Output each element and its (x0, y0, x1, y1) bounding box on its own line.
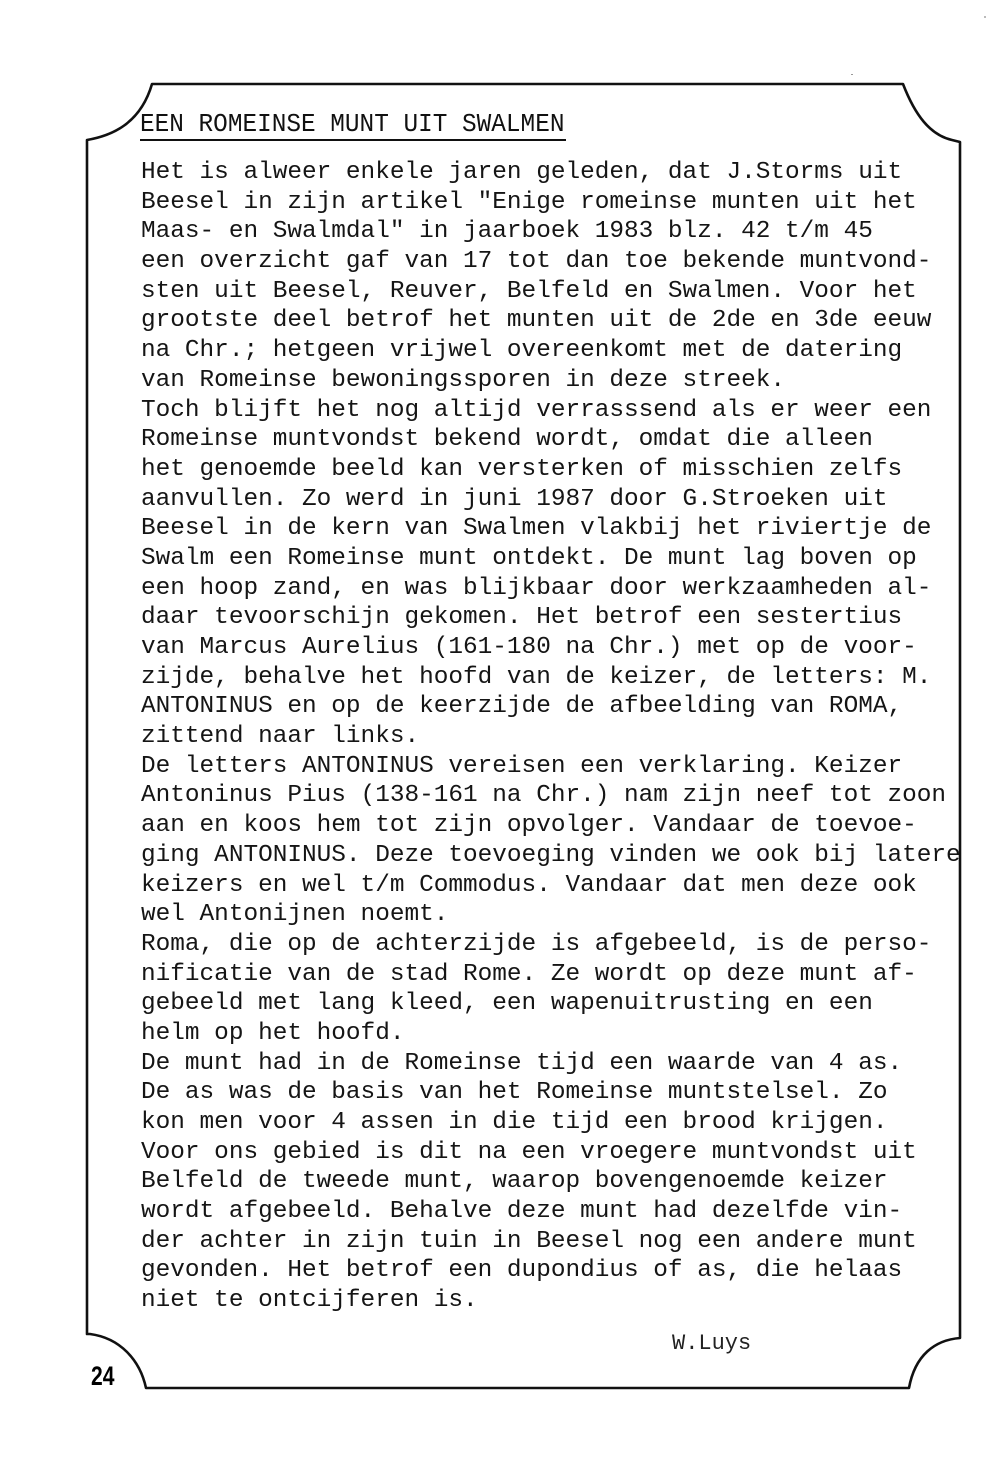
body-line: De as was de basis van het Romeinse munt… (141, 1078, 961, 1108)
body-line: Swalm een Romeinse munt ontdekt. De munt… (141, 544, 961, 574)
body-line: zijde, behalve het hoofd van de keizer, … (141, 663, 961, 693)
body-line: der achter in zijn tuin in Beesel nog ee… (141, 1227, 961, 1257)
body-line: wel Antonijnen noemt. (141, 900, 961, 930)
page-number: 24 (91, 1362, 114, 1390)
body-line: wordt afgebeeld. Behalve deze munt had d… (141, 1197, 961, 1227)
body-line: na Chr.; hetgeen vrijwel overeenkomt met… (141, 336, 961, 366)
body-line: Belfeld de tweede munt, waarop bovengeno… (141, 1167, 961, 1197)
scan-speck (851, 74, 853, 75)
body-line: De letters ANTONINUS vereisen een verkla… (141, 752, 961, 782)
scan-speck (984, 16, 986, 18)
body-line: helm op het hoofd. (141, 1019, 961, 1049)
body-line: ANTONINUS en op de keerzijde de afbeeldi… (141, 692, 961, 722)
body-line: het genoemde beeld kan versterken of mis… (141, 455, 961, 485)
body-line: Maas- en Swalmdal" in jaarboek 1983 blz.… (141, 217, 961, 247)
body-line: Beesel in de kern van Swalmen vlakbij he… (141, 514, 961, 544)
body-line: aanvullen. Zo werd in juni 1987 door G.S… (141, 485, 961, 515)
body-line: Voor ons gebied is dit na een vroegere m… (141, 1138, 961, 1168)
body-line: keizers en wel t/m Commodus. Vandaar dat… (141, 871, 961, 901)
body-line: aan en koos hem tot zijn opvolger. Vanda… (141, 811, 961, 841)
body-line: kon men voor 4 assen in die tijd een bro… (141, 1108, 961, 1138)
body-line: Roma, die op de achterzijde is afgebeeld… (141, 930, 961, 960)
author-signature: W.Luys (672, 1331, 751, 1357)
body-line: Romeinse muntvondst bekend wordt, omdat … (141, 425, 961, 455)
body-line: van Marcus Aurelius (161-180 na Chr.) me… (141, 633, 961, 663)
article-body: Het is alweer enkele jaren geleden, dat … (141, 158, 961, 1316)
body-line: gevonden. Het betrof een dupondius of as… (141, 1256, 961, 1286)
body-line: een hoop zand, en was blijkbaar door wer… (141, 574, 961, 604)
body-line: ging ANTONINUS. Deze toevoeging vinden w… (141, 841, 961, 871)
body-line: nificatie van de stad Rome. Ze wordt op … (141, 960, 961, 990)
title-underline (140, 139, 566, 141)
body-line: sten uit Beesel, Reuver, Belfeld en Swal… (141, 277, 961, 307)
body-line: De munt had in de Romeinse tijd een waar… (141, 1049, 961, 1079)
body-line: niet te ontcijferen is. (141, 1286, 961, 1316)
body-line: van Romeinse bewoningssporen in deze str… (141, 366, 961, 396)
article-title: EEN ROMEINSE MUNT UIT SWALMEN (140, 112, 564, 139)
body-line: gebeeld met lang kleed, een wapenuitrust… (141, 989, 961, 1019)
body-line: daar tevoorschijn gekomen. Het betrof ee… (141, 603, 961, 633)
body-line: Het is alweer enkele jaren geleden, dat … (141, 158, 961, 188)
body-line: grootste deel betrof het munten uit de 2… (141, 306, 961, 336)
body-line: Beesel in zijn artikel "Enige romeinse m… (141, 188, 961, 218)
body-line: zittend naar links. (141, 722, 961, 752)
body-line: een overzicht gaf van 17 tot dan toe bek… (141, 247, 961, 277)
body-line: Antoninus Pius (138-161 na Chr.) nam zij… (141, 781, 961, 811)
body-line: Toch blijft het nog altijd verrasssend a… (141, 396, 961, 426)
